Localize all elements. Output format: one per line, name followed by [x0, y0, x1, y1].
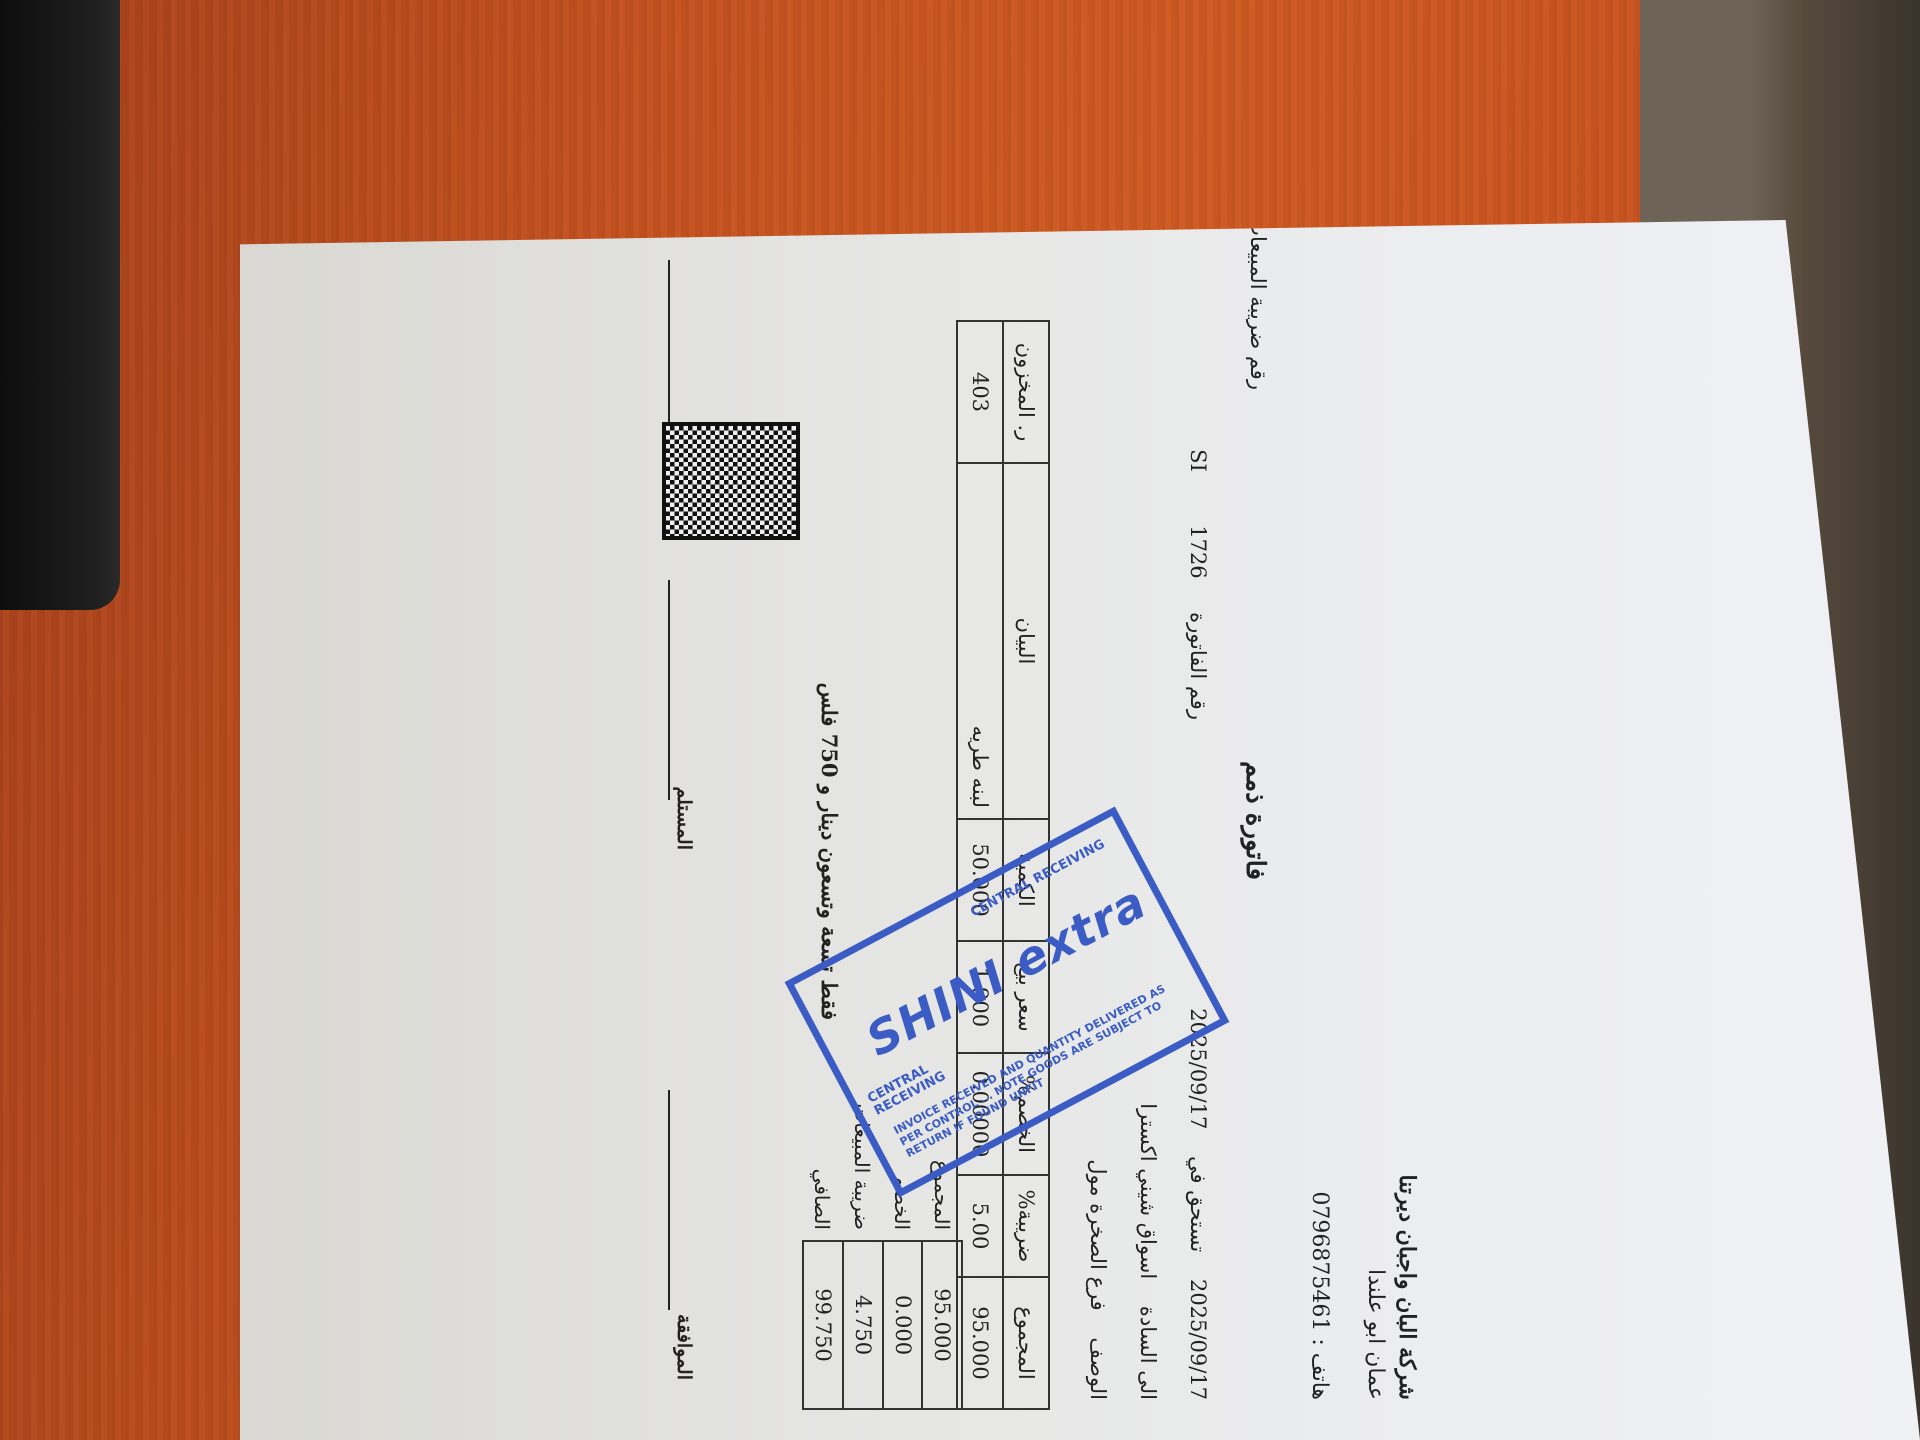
invoice-date: 2025/09/17 — [1186, 1279, 1210, 1400]
phone-label: هاتف : — [1307, 1338, 1332, 1400]
total-value: 95.000 — [921, 1240, 963, 1410]
sales-tax-value: 4.750 — [842, 1240, 882, 1410]
company-name: شركة البان واجبان ديرتنا — [1394, 1175, 1420, 1401]
header-stock-no: ر. المخزون — [1003, 321, 1049, 463]
header-total: المجموع — [1003, 1277, 1049, 1409]
customer-name: اسواق شيني اكسترا — [1136, 1103, 1160, 1279]
invoice-type: SI — [1186, 449, 1210, 472]
header-tax: ضريبة% — [1003, 1175, 1049, 1277]
to-label: الى السادة — [1136, 1306, 1160, 1400]
totals-row: 99.750 الصافي — [802, 1040, 842, 1410]
receiver-line — [668, 580, 670, 800]
approval-label: الموافقة — [673, 1314, 695, 1380]
cell-description: لبنه طريه — [957, 463, 1003, 819]
date-row: 2025/09/17 تستحق في 2025/09/17 — [1186, 1008, 1210, 1400]
invoice-title: فاتورة ذمم — [1240, 761, 1270, 880]
cell-total: 95.000 — [957, 1277, 1003, 1409]
header-description: البيان — [1003, 463, 1049, 819]
company-phone: هاتف : 0796875461 — [1307, 1191, 1332, 1400]
discount-value: 0.000 — [882, 1240, 922, 1410]
qr-code — [662, 422, 800, 540]
invoice-number: 1726 — [1186, 525, 1210, 578]
cell-tax: 5.00 — [957, 1175, 1003, 1277]
invoice-number-label: رقم الفاتورة — [1186, 612, 1210, 720]
dark-object — [0, 0, 120, 610]
description-label: الوصف — [1086, 1337, 1110, 1400]
description-value: فرع الصخرة مول — [1086, 1159, 1110, 1310]
due-label: تستحق في — [1186, 1156, 1210, 1252]
invoice-number-row: رقم الفاتورة 1726 SI — [1186, 449, 1210, 720]
cell-stock-no: 403 — [957, 321, 1003, 463]
phone-number: 0796875461 — [1307, 1191, 1332, 1331]
customer-row: الى السادة اسواق شيني اكسترا — [1136, 1103, 1160, 1400]
net-value: 99.750 — [802, 1240, 842, 1410]
receiver-label: المستلم — [673, 786, 695, 850]
approval-line — [668, 1090, 670, 1310]
description-row: الوصف فرع الصخرة مول — [1086, 1159, 1110, 1400]
table-row: 95.000 5.00 0.00000 1.900 50.000 لبنه طر… — [957, 321, 1003, 1409]
company-city: عمان ابو علندا — [1363, 1269, 1388, 1400]
tax-number-label: رقم ضريبة المبيعات: — [1246, 209, 1270, 390]
